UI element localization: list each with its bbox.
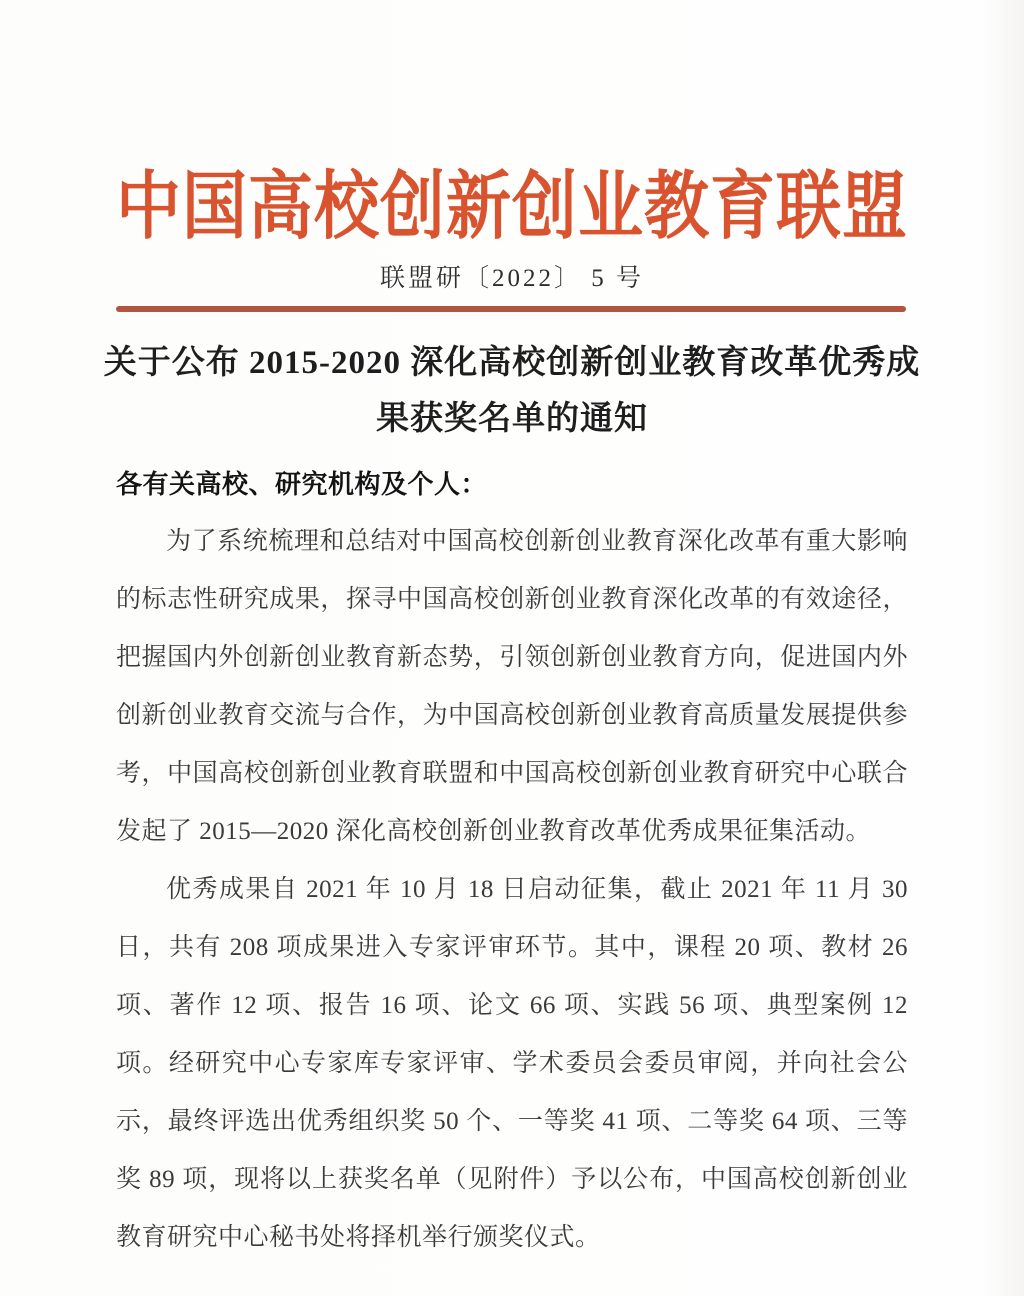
doc-number: 联盟研〔2022〕 5 号 (0, 258, 1024, 294)
salutation: 各有关高校、研究机构及个人： (116, 455, 908, 513)
doc-title: 关于公布 2015-2020 深化高校创新创业教育改革优秀成 果获奖名单的通知 (0, 335, 1024, 447)
red-divider-line (116, 306, 906, 312)
doc-body: 各有关高校、研究机构及个人： 为了系统梳理和总结对中国高校创新创业教育深化改革有… (116, 455, 908, 1267)
paragraph-2: 优秀成果自 2021 年 10 月 18 日启动征集，截止 2021 年 11 … (116, 861, 908, 1267)
paragraph-1: 为了系统梳理和总结对中国高校创新创业教育深化改革有重大影响的标志性研究成果，探寻… (116, 513, 908, 861)
org-title: 中国高校创新创业教育联盟 (0, 146, 1024, 253)
official-document-page: 中国高校创新创业教育联盟 联盟研〔2022〕 5 号 关于公布 2015-202… (0, 0, 1024, 1296)
doc-title-line-1: 关于公布 2015-2020 深化高校创新创业教育改革优秀成 (0, 335, 1024, 391)
doc-title-line-2: 果获奖名单的通知 (0, 391, 1024, 447)
